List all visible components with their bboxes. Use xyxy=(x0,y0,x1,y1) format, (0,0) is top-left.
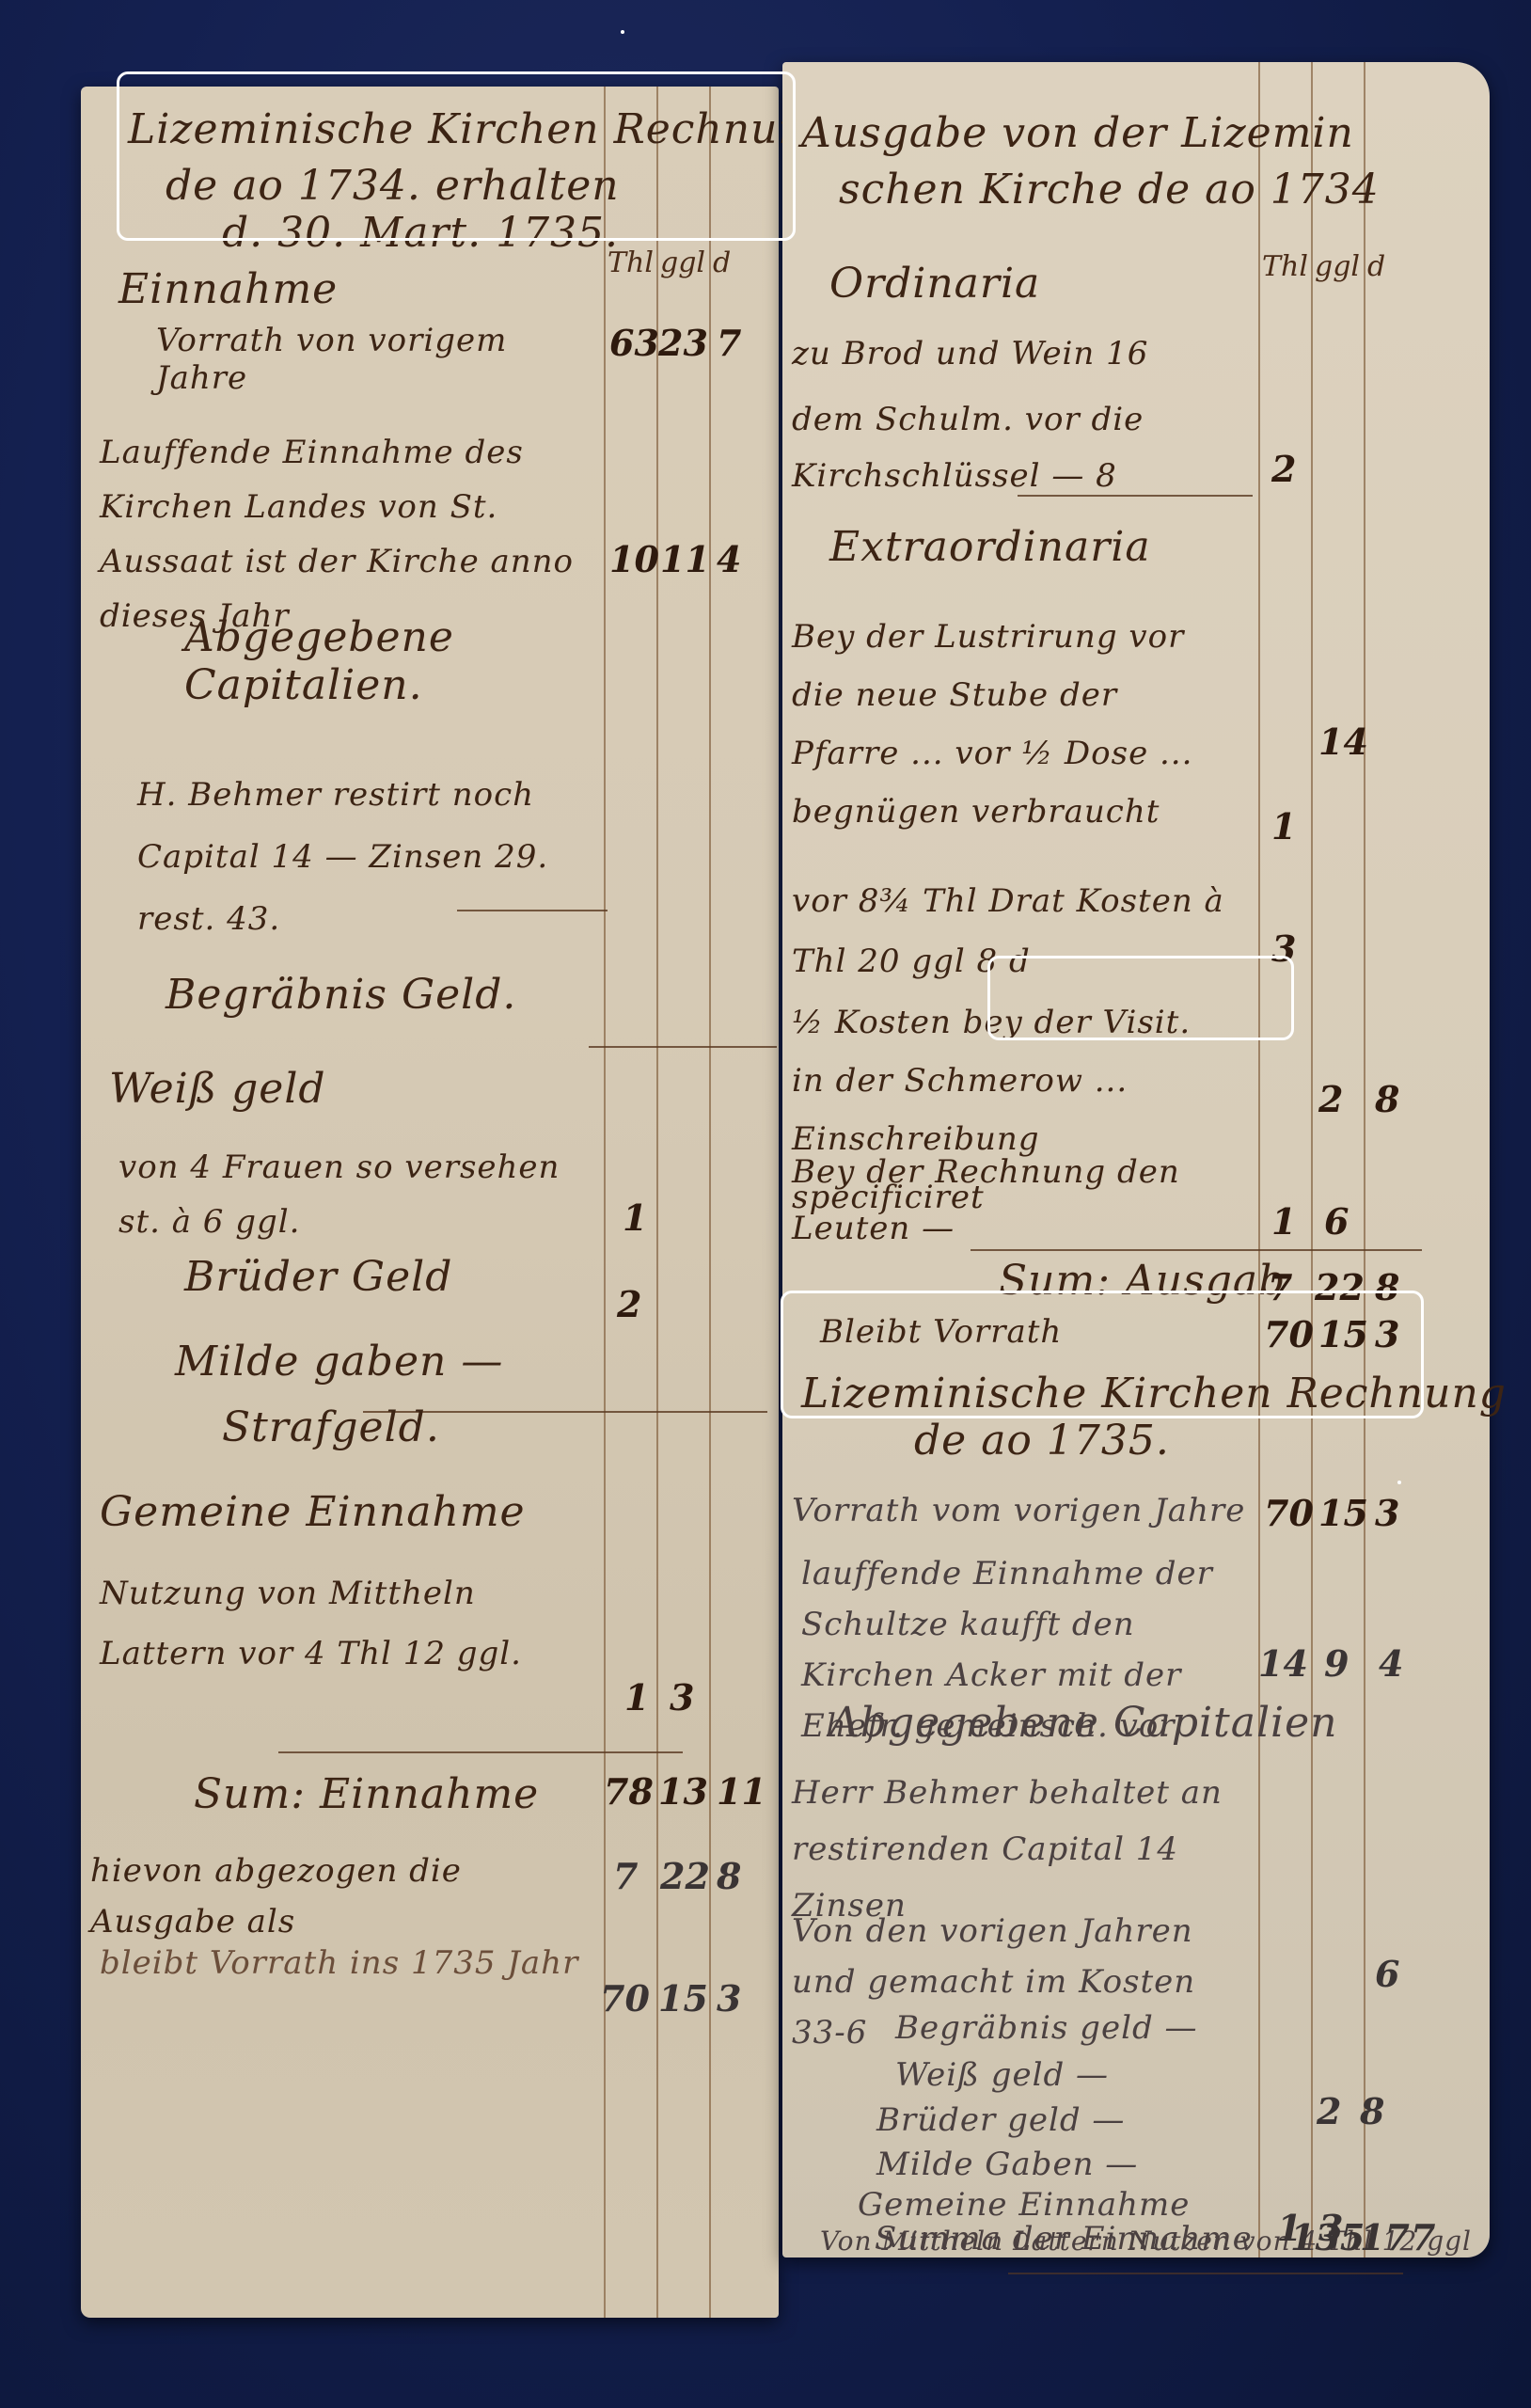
entry-vorrath: Vorrath von vorigem Jahre xyxy=(156,322,589,397)
entry-lustrirung: Bey der Lustrirung vor die neue Stube de… xyxy=(792,608,1234,841)
section-rule xyxy=(1018,495,1253,497)
amount-thl: 2 xyxy=(1271,448,1296,490)
heading-abgegebene-capitalien: Abgegebene Capitalien. xyxy=(184,613,579,709)
heading-weiss-geld: Weiß geld xyxy=(109,1065,326,1113)
amount-ggl: 2 xyxy=(1318,1078,1343,1120)
amount-thl: 14 xyxy=(1258,1642,1308,1685)
summa-d: 7 xyxy=(1411,2216,1435,2258)
sum-rule xyxy=(1008,2273,1403,2274)
amount-ggl: 14 xyxy=(1318,721,1368,763)
sum-rule xyxy=(971,1249,1422,1251)
left-ledger-page: Lizeminische Kirchen Rechnung de ao 1734… xyxy=(81,87,779,2318)
amount-ggl: 3 xyxy=(670,1676,694,1719)
amount-d: 6 xyxy=(1375,1953,1399,1995)
col-header-thl: Thl xyxy=(608,246,654,279)
section-rule xyxy=(589,1046,777,1048)
amount-ggl: 23 xyxy=(658,322,708,364)
heading-einnahme: Einnahme xyxy=(118,265,338,313)
heading-1735-capitalien: Abgegebene Capitalien xyxy=(829,1699,1338,1747)
highlight-title-1734[interactable] xyxy=(117,71,796,241)
entry-1735-brueder-geld: Brüder geld — xyxy=(876,2101,1125,2139)
heading-extraordinaria: Extraordinaria xyxy=(829,523,1151,571)
account-1735-title-line2: de ao 1735. xyxy=(914,1417,1170,1465)
column-rule-d xyxy=(1364,62,1365,2257)
amount-ggl: 11 xyxy=(660,538,710,580)
entry-bleibt-vorrath: bleibt Vorrath ins 1735 Jahr xyxy=(100,1930,589,1996)
summa-thl: 135 xyxy=(1290,2216,1365,2258)
entry-lauffende-einnahme: Lauffende Einnahme des Kirchen Landes vo… xyxy=(100,425,589,643)
entry-1735-summa-label: Summa der Einnahme xyxy=(875,2220,1253,2257)
entry-behmer: H. Behmer restirt noch Capital 14 — Zins… xyxy=(137,764,579,950)
entry-brod-wein: zu Brod und Wein 16 xyxy=(792,335,1148,372)
amount-d: 8 xyxy=(1375,1078,1399,1120)
highlight-word-schmerow[interactable] xyxy=(987,956,1294,1040)
amount-thl: 1 xyxy=(1271,1200,1296,1243)
amount-thl: 1 xyxy=(624,1676,649,1719)
highlight-title-1735[interactable] xyxy=(781,1291,1424,1418)
entry-schulmeister: dem Schulm. vor die Kirchschlüssel — 8 xyxy=(792,391,1234,504)
col-header-d: d xyxy=(1367,250,1385,283)
right-ledger-page: Ausgabe von der Lizemin schen Kirche de … xyxy=(782,62,1490,2257)
summa-ggl: 17 xyxy=(1360,2216,1410,2258)
heading-begraebnis: Begräbnis Geld. xyxy=(166,971,516,1019)
amount-thl: 10 xyxy=(609,538,659,580)
sum-einnahme-label: Sum: Einnahme xyxy=(194,1770,539,1818)
dust-speck xyxy=(1397,1481,1401,1484)
amount-ggl: 2 xyxy=(1317,2090,1341,2132)
column-rule-ggl xyxy=(1311,62,1313,2257)
amount-ggl: 9 xyxy=(1324,1642,1349,1685)
entry-1735-weiss-geld: Weiß geld — xyxy=(895,2056,1109,2094)
column-rule-d xyxy=(709,87,711,2318)
amount-d: 8 xyxy=(717,1855,741,1897)
col-header-ggl: ggl xyxy=(1315,250,1360,283)
sum-d: 11 xyxy=(717,1770,766,1813)
col-header-thl: Thl xyxy=(1262,250,1308,283)
heading-strafgeld: Strafgeld. xyxy=(222,1403,440,1451)
amount-d: 7 xyxy=(717,322,741,364)
entry-rechnung-leuten: Bey der Rechnung den Leuten — xyxy=(792,1144,1234,1257)
subtotal-rule xyxy=(457,910,608,911)
entry-1735-milde-gaben: Milde Gaben — xyxy=(876,2146,1138,2183)
column-rule-thl xyxy=(1258,62,1260,2257)
amount-thl: 63 xyxy=(609,322,659,364)
amount-thl: 2 xyxy=(617,1283,641,1325)
right-title-line1: Ausgabe von der Lizemin xyxy=(801,109,1354,157)
heading-gemeine-einnahme: Gemeine Einnahme xyxy=(100,1488,526,1536)
amount-thl: 70 xyxy=(1264,1492,1314,1534)
dust-speck xyxy=(621,30,624,34)
amount-thl: 70 xyxy=(600,1977,650,2020)
col-header-d: d xyxy=(713,246,731,279)
amount-thl: 7 xyxy=(613,1855,638,1897)
amount-ggl: 6 xyxy=(1324,1200,1349,1243)
amount-d: 4 xyxy=(717,538,741,580)
amount-d: 3 xyxy=(717,1977,741,2020)
amount-d: 4 xyxy=(1379,1642,1403,1685)
col-header-ggl: ggl xyxy=(660,246,705,279)
sum-ggl: 13 xyxy=(658,1770,708,1813)
entry-1735-vorrath: Vorrath vom vorigen Jahre xyxy=(792,1492,1245,1529)
entry-mittheln: Nutzung von Mittheln Lattern vor 4 Thl 1… xyxy=(100,1563,589,1684)
sum-thl: 78 xyxy=(604,1770,654,1813)
right-title-line2: schen Kirche de ao 1734 xyxy=(839,166,1380,214)
sum-rule xyxy=(278,1751,683,1753)
amount-thl: 1 xyxy=(623,1196,647,1239)
entry-1735-gemeine-einnahme: Gemeine Einnahme xyxy=(858,2186,1190,2224)
amount-d: 8 xyxy=(1360,2090,1384,2132)
entry-frauen: von 4 Frauen so versehen st. à 6 ggl. xyxy=(118,1140,589,1249)
heading-ordinaria: Ordinaria xyxy=(829,260,1040,308)
amount-ggl: 15 xyxy=(658,1977,708,2020)
entry-1735-begraebnis: Begräbnis geld — xyxy=(895,2009,1198,2047)
entry-brueder-geld: Brüder Geld xyxy=(184,1253,452,1301)
amount-ggl: 22 xyxy=(660,1855,710,1897)
amount-thl: 1 xyxy=(1271,805,1296,848)
amount-d: 3 xyxy=(1375,1492,1399,1534)
amount-ggl: 15 xyxy=(1318,1492,1368,1534)
entry-milde-gaben: Milde gaben — xyxy=(175,1338,503,1386)
